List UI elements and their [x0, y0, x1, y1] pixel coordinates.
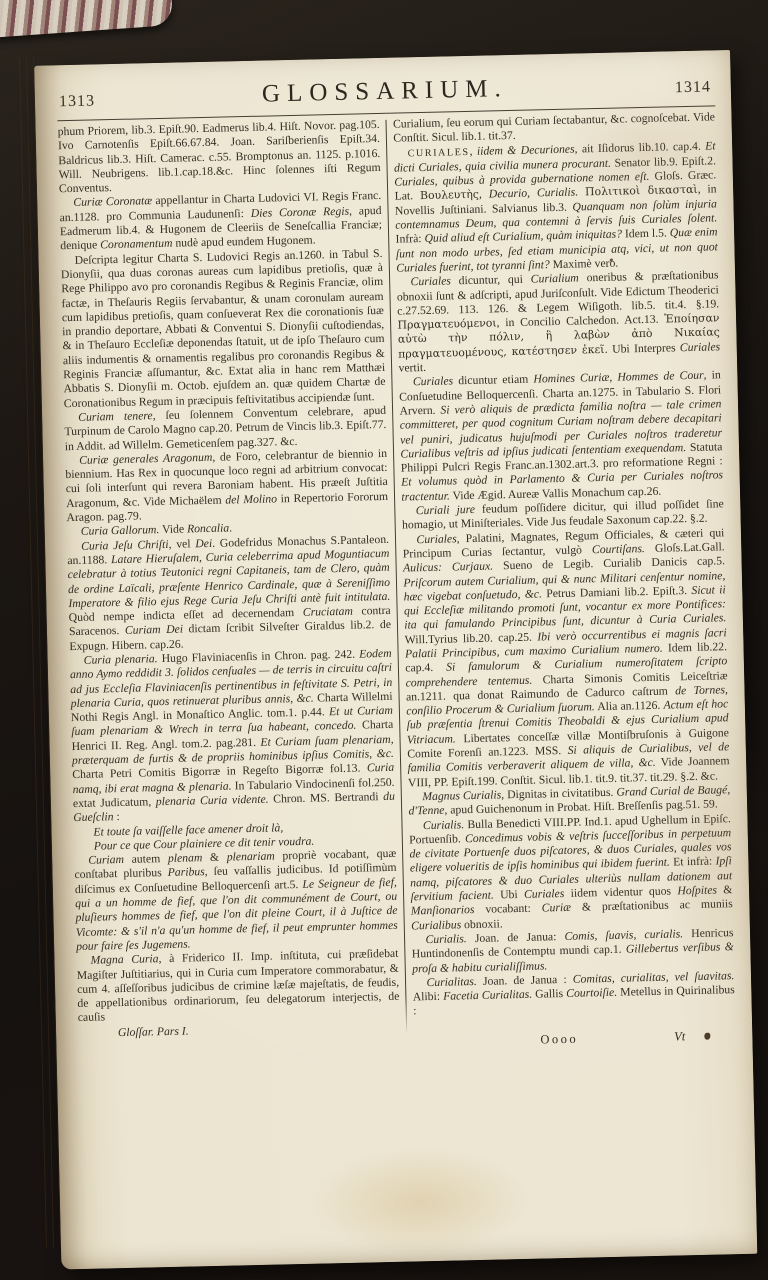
- text-run: obnoxii.: [461, 917, 503, 931]
- text-run: Curiales: [416, 532, 457, 546]
- text-run: Aulicus: Curjaux.: [403, 560, 493, 575]
- text-run: Cruciatam: [303, 605, 353, 619]
- text-run: Magna Curia: [90, 952, 158, 967]
- text-run: Curiales: [408, 147, 470, 159]
- text-run: Curiales: [410, 275, 451, 289]
- text-run: Ubi: [494, 888, 525, 902]
- ink-speck: [610, 259, 613, 262]
- text-run: Et infrà:: [670, 855, 716, 869]
- text-run: Πραγματευόμενοι: [397, 317, 496, 332]
- text-run: plenariam: [227, 850, 275, 864]
- text-run: , vel: [168, 537, 195, 551]
- text-run: &: [202, 851, 227, 865]
- text-run: Senator lib.9. Epiſt.2.: [611, 154, 716, 169]
- text-run: Πολιτικοὶ δικασταὶ: [585, 183, 698, 199]
- text-run: Deſcripta legitur Charta S. Ludovici Reg…: [61, 247, 386, 410]
- text-run: Curia plenaria.: [84, 652, 158, 667]
- text-run: Roncalia: [187, 522, 229, 536]
- text-run: Joan. de Janua:: [467, 930, 565, 945]
- text-run: Curialitas.: [426, 975, 477, 989]
- text-run: Alibi:: [413, 990, 444, 1004]
- paragraph: Magna Curia, à Friderico II. Imp. inſtit…: [76, 947, 400, 1026]
- text-run: Gloſſar. Pars I.: [118, 1024, 189, 1039]
- text-run: Curia Jeſu Chriſti: [81, 537, 169, 552]
- text-run: Gloſs.Lat.Gall.: [645, 540, 725, 555]
- text-run: Curialis.: [423, 818, 465, 832]
- text-run: Courtoiſie.: [566, 986, 617, 1000]
- text-run: Infrà:: [395, 232, 424, 246]
- text-run: Ubi Interpres: [608, 341, 680, 356]
- paragraph: Deſcripta legitur Charta S. Ludovici Reg…: [60, 247, 385, 412]
- paper-stain: [309, 1145, 531, 1260]
- text-run: Decurio, Curialis.: [489, 186, 579, 201]
- text-run: dicuntur etiam: [453, 373, 534, 388]
- book-headband: [0, 0, 173, 39]
- text-run: Comis, ſuavis, curialis.: [564, 927, 683, 943]
- text-run: Hoſpites: [677, 884, 717, 898]
- paragraph: phum Priorem, lib.3. Epiſt.90. Eadmerus …: [58, 118, 382, 197]
- text-run: phum Priorem, lib.3. Epiſt.90. Eadmerus …: [58, 118, 381, 195]
- paragraph: Curiæ generales Aragonum, de Foro, celeb…: [65, 447, 389, 526]
- text-run: Curiam tenere: [78, 409, 153, 424]
- text-run: Curiam: [88, 853, 124, 867]
- text-run: iidem & Decuriones: [477, 142, 575, 157]
- text-run: Curiales: [524, 887, 565, 901]
- paragraph: Curiales dicuntur, qui Curialium oneribu…: [396, 269, 720, 376]
- text-run: Curiales: [413, 375, 454, 389]
- paragraph: Curialis. Joan. de Janua: Comis, ſuavis,…: [411, 926, 734, 976]
- paragraph: Curiæ Coronatæ appellantur in Charta Lud…: [59, 189, 382, 253]
- text-column-left: phum Priorem, lib.3. Epiſt.90. Eadmerus …: [58, 118, 401, 1041]
- text-run: Courtiſans.: [592, 542, 645, 556]
- paragraph: Curiam autem plenam & plenariam propriè …: [74, 847, 398, 954]
- text-run: vertit.: [398, 361, 426, 375]
- text-run: del Molino: [225, 492, 277, 506]
- paragraph: Curialis. Bulla Benedicti VIII.PP. Ind.1…: [409, 812, 734, 934]
- text-run: Curiali jure: [416, 503, 475, 517]
- text-run: Curiales: [680, 340, 721, 354]
- text-run: iidem videntur quos: [564, 884, 677, 900]
- paragraph: Curiam tenere, ſeu ſolennem Conventum ce…: [64, 404, 387, 454]
- text-run: Will.Tyrius lib.20. cap.25.: [405, 630, 538, 646]
- text-run: Magnus Curialis: [422, 788, 501, 803]
- text-run: vocabant:: [474, 902, 542, 917]
- paragraph: Curialitas. Joan. de Janua : Comitas, cu…: [412, 969, 735, 1019]
- text-run: Paribus: [168, 866, 205, 880]
- paragraph: Curiales, Palatini, Magnates, Regum Offi…: [402, 526, 730, 791]
- text-run: Dies Coronæ Regis: [251, 204, 350, 219]
- text-run: Curialis.: [425, 932, 467, 946]
- text-run: , ait Iſidorus lib.10. cap.4.: [574, 139, 705, 155]
- text-run: Curiæ generales Aragonum: [79, 451, 212, 467]
- text-columns: phum Priorem, lib.3. Epiſt.90. Eadmerus …: [58, 110, 737, 1041]
- text-run: , Dignitas in civitatibus.: [501, 786, 616, 802]
- text-run: Curia Gallorum.: [81, 523, 160, 538]
- text-run: .: [229, 522, 232, 535]
- text-run: ,: [479, 188, 489, 201]
- text-run: &: [717, 883, 733, 896]
- text-run: Dei: [195, 536, 212, 549]
- text-run: Manſionarios: [411, 903, 475, 917]
- catchword: Vt: [674, 1029, 685, 1044]
- text-run: Curiam Dei: [125, 623, 183, 637]
- text-run: Si verò aliquis de prædicta familia noſt…: [400, 397, 723, 460]
- page-number-right: 1314: [675, 78, 711, 97]
- text-run: Vide: [159, 523, 187, 537]
- book-page: 1313 GLOSSARIUM. 1314 phum Priorem, lib.…: [34, 50, 757, 1269]
- paragraph: Curiales dicuntur etiam Homines Curiæ, H…: [399, 369, 724, 505]
- text-run: :: [113, 810, 119, 823]
- text-run: & præſtationibus ac muniis: [571, 897, 733, 914]
- text-run: Chron. MS. Bertrandi: [268, 790, 383, 806]
- text-run: plenam: [168, 851, 203, 865]
- text-run: autem: [124, 852, 168, 866]
- text-run: Βουλευτὴς: [420, 188, 479, 202]
- book-scan: 1313 GLOSSARIUM. 1314 phum Priorem, lib.…: [0, 0, 768, 1280]
- text-run: Curiæ: [542, 901, 572, 915]
- text-run: Curialibus: [411, 918, 461, 932]
- text-run: Idem l.5.: [622, 227, 670, 241]
- text-run: Coronamentum: [100, 237, 173, 252]
- text-run: Curialium: [531, 272, 579, 286]
- text-run: Facetia Curialitas.: [443, 988, 532, 1003]
- paragraph: Curia plenaria. Hugo Flaviniacenſis in C…: [70, 647, 396, 826]
- text-run: Alia an.1126.: [595, 699, 664, 714]
- text-run: Maximè verò.: [550, 257, 619, 272]
- text-column-right: Curialium, ſeu eorum qui Curiam ſectaban…: [393, 110, 736, 1033]
- paragraph: Curia Jeſu Chriſti, vel Dei. Godefridus …: [67, 532, 392, 654]
- signature-mark: Oooo: [540, 1032, 578, 1048]
- text-run: Curiæ Coronatæ: [73, 195, 152, 210]
- text-run: Gallis: [532, 987, 566, 1001]
- page-title: GLOSSARIUM.: [262, 75, 508, 109]
- text-run: Latare Hieruſalem, Curia celeberrima apu…: [68, 547, 391, 610]
- paragraph: Curiales, iidem & Decuriones, ait Iſidor…: [393, 139, 718, 276]
- text-run: plenaria Curia vidente.: [156, 793, 269, 809]
- text-run: Joan. de Janua :: [477, 973, 573, 988]
- page-number-left: 1313: [59, 92, 95, 111]
- text-run: dicuntur, qui: [451, 273, 531, 288]
